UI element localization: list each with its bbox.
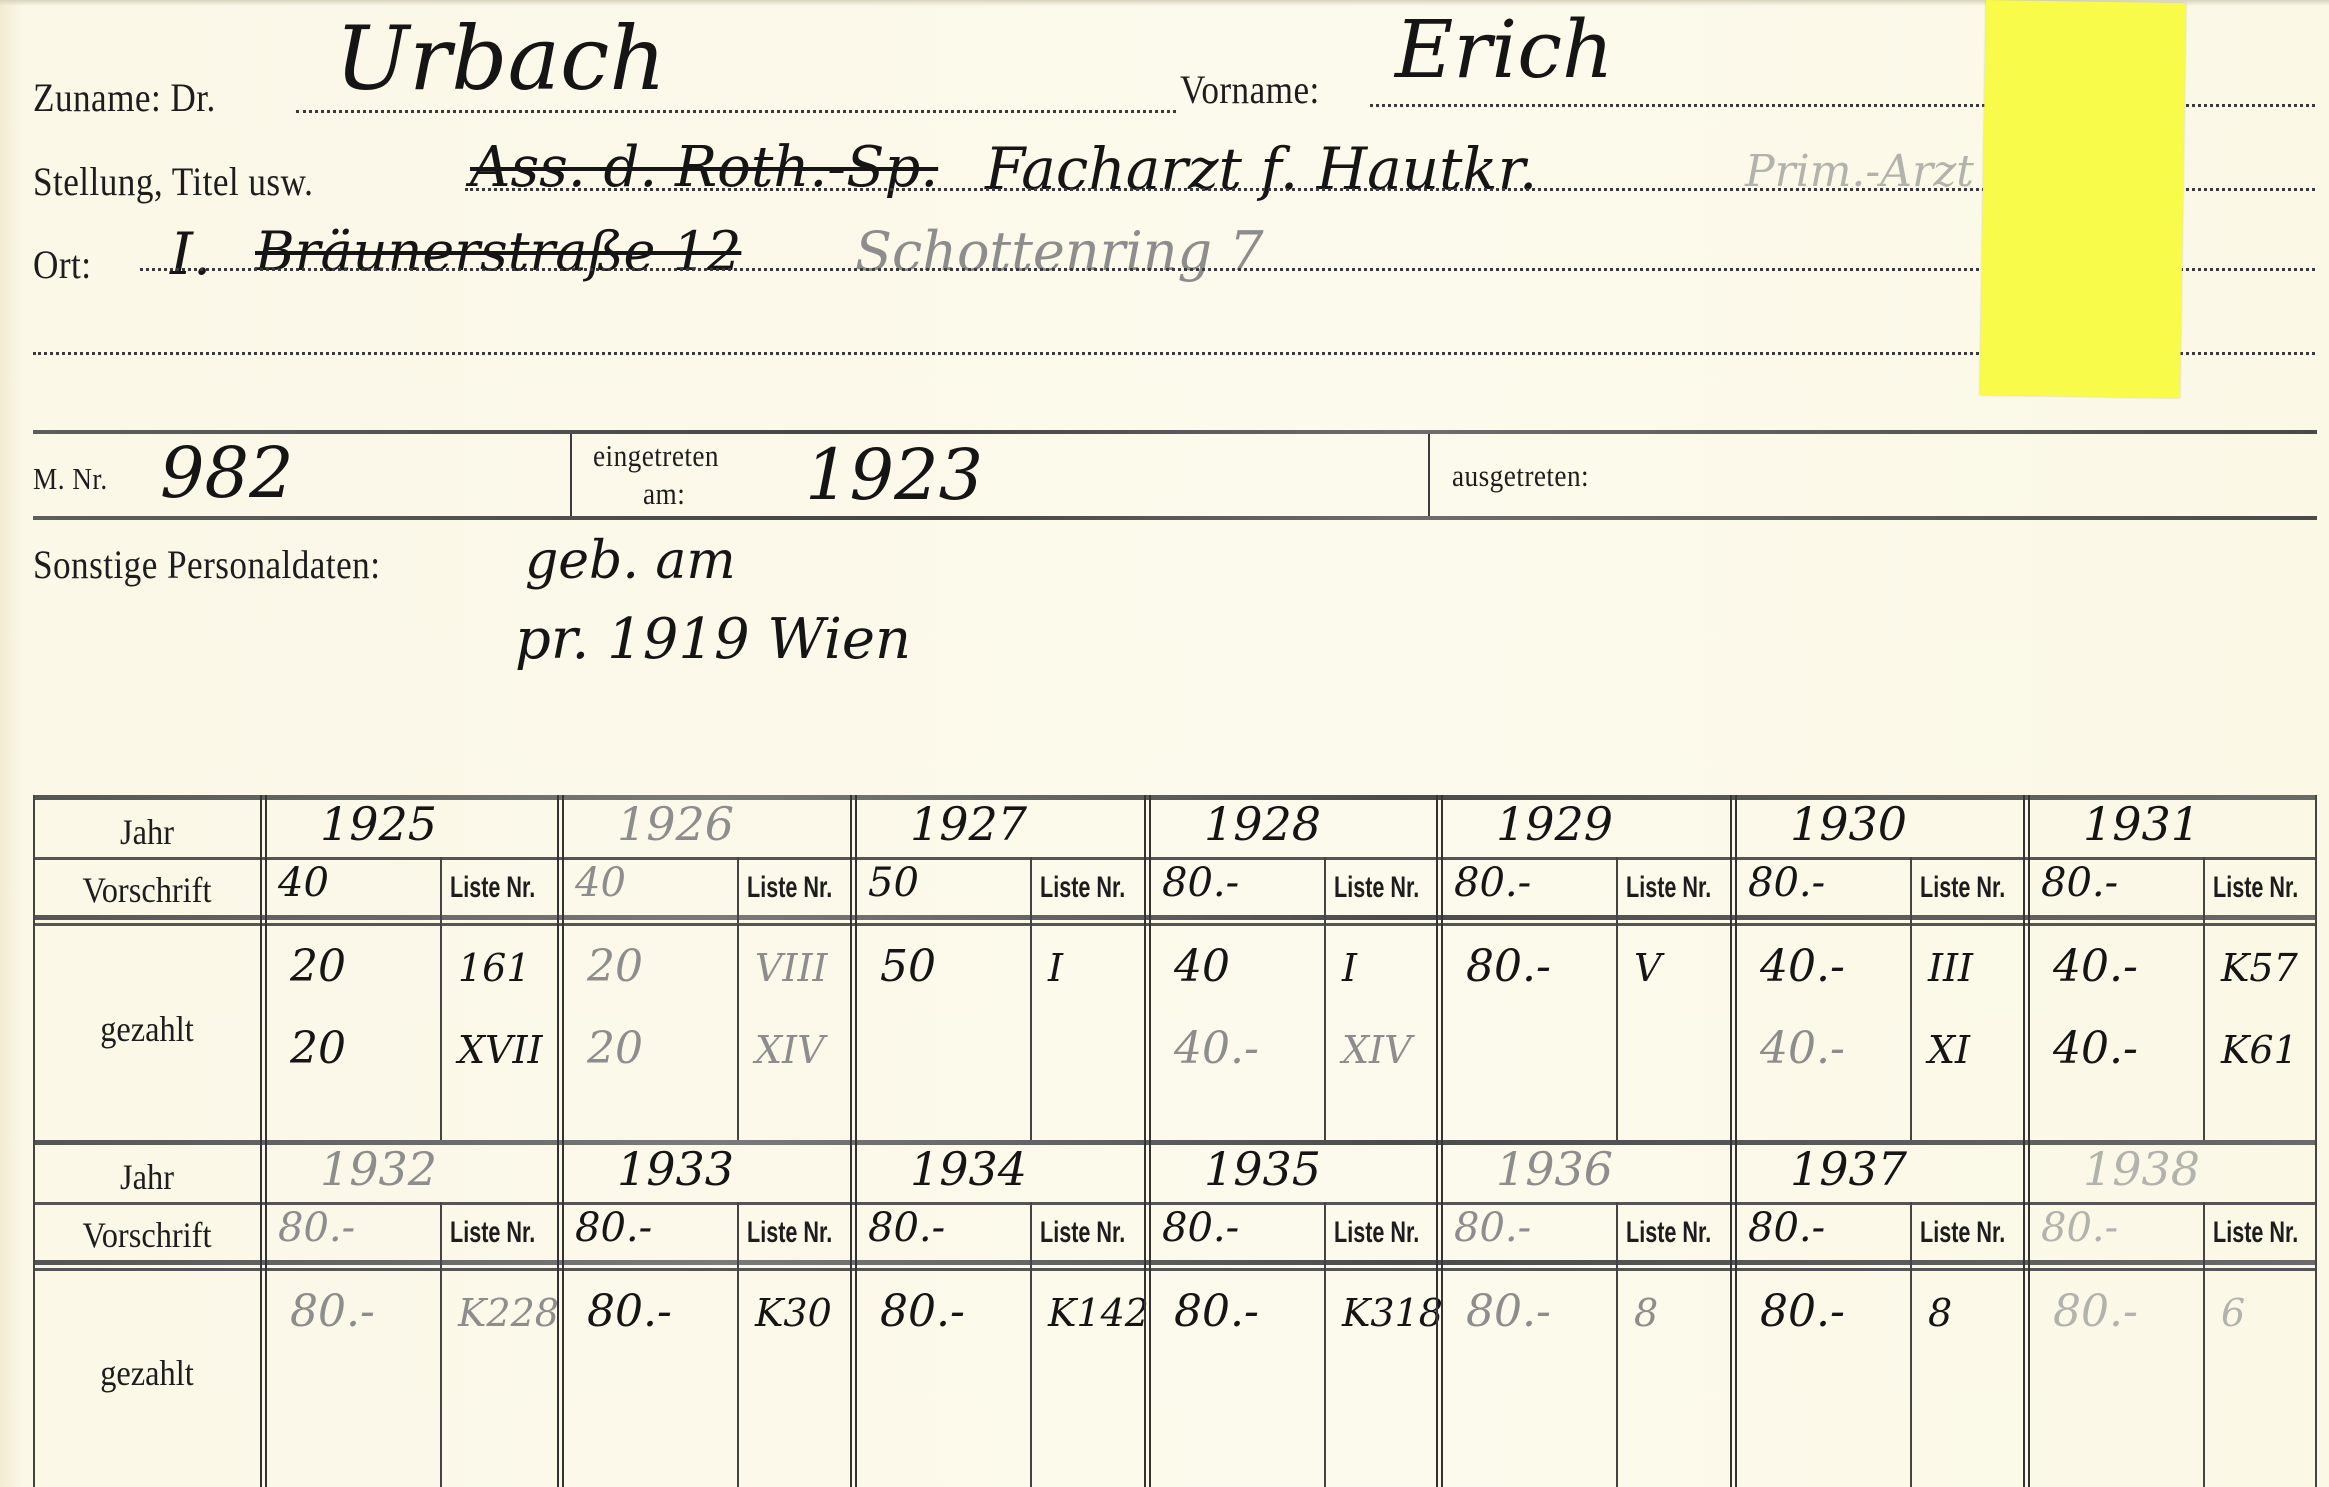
liste-column-divider [1910,857,1912,1145]
year-column-divider [1730,795,1737,1145]
liste-nr-label: Liste Nr. [1334,1216,1419,1250]
liste-column-divider [1616,1202,1618,1487]
vorschrift-label: Vorschrift [44,1214,249,1256]
liste-nr-label: Liste Nr. [2213,871,2298,905]
membership-index-card: Zuname: Dr. Urbach Vorname: Erich Stellu… [0,0,2329,1487]
year-cell: 1928 [1204,801,1321,847]
personal-data-line1: geb. am [525,535,736,587]
liste-nr-value: V [1634,949,1661,987]
year-cell: 1937 [1790,1146,1907,1192]
liste-nr-value: 8 [1634,1294,1658,1332]
table-right-border [2315,795,2317,1145]
vorschrift-cell: 40 [575,863,626,903]
personal-data-line2: pr. 1919 Wien [515,612,911,668]
liste-nr-value: K57 [2221,949,2298,987]
liste-nr-value: I [1342,949,1357,987]
gezahlt-label: gezahlt [44,1008,249,1050]
ort-prefix: I. [170,225,211,283]
liste-nr-value: K318 [1342,1294,1443,1332]
vorschrift-row-rule-2 [33,1268,2317,1271]
yellow-sticky-note [1980,0,2186,398]
zuname-value: Urbach [335,15,666,103]
personal-data-label: Sonstige Personaldaten: [33,545,380,585]
jahr-label: Jahr [44,811,249,853]
liste-nr-label: Liste Nr. [1626,871,1711,905]
vorschrift-cell: 80.- [2041,863,2118,903]
liste-nr-value: K30 [755,1294,832,1332]
vorschrift-row-rule [33,915,2317,920]
zuname-dotted-line [296,110,1176,113]
year-cell: 1925 [320,801,437,847]
gezahlt-label: gezahlt [44,1352,249,1394]
vorschrift-cell: 50 [868,863,919,903]
zuname-label: Zuname: Dr. [33,78,216,118]
vorschrift-cell: 80.- [1454,863,1531,903]
vorschrift-cell: 80.- [575,1208,652,1248]
year-column-divider [850,795,857,1145]
paid-amount: 20 [290,945,346,989]
eingetreten-label: eingetreten [593,440,719,471]
liste-nr-value: 6 [2221,1294,2245,1332]
liste-nr-value: K228 [458,1294,559,1332]
liste-nr-value: K61 [2221,1031,2298,1069]
liste-nr-value: XIV [755,1031,825,1069]
table-left-border [33,1140,35,1487]
paid-amount: 80.- [1466,945,1551,989]
year-cell: 1931 [2083,801,2200,847]
year-column-divider [2023,795,2030,1145]
ausgetreten-label: ausgetreten: [1452,460,1589,491]
year-cell: 1935 [1204,1146,1321,1192]
year-column-divider [2023,1140,2030,1487]
liste-nr-value: XI [1928,1031,1970,1069]
year-cell: 1930 [1790,801,1907,847]
liste-column-divider [1616,857,1618,1145]
year-cell: 1934 [910,1146,1027,1192]
paid-amount: 80.- [290,1290,375,1334]
membership-top-rule [33,430,2317,434]
liste-column-divider [1910,1202,1912,1487]
jahr-label: Jahr [44,1156,249,1198]
eingetreten-value: 1923 [805,440,983,510]
liste-column-divider [737,857,739,1145]
year-cell: 1927 [910,801,1027,847]
paid-amount: 40.- [1760,1027,1845,1071]
membership-divider-2 [1428,434,1430,516]
paid-amount: 40.- [1760,945,1845,989]
liste-nr-value: K142 [1048,1294,1149,1332]
paid-amount: 80.- [1466,1290,1551,1334]
year-cell: 1926 [617,801,734,847]
vorschrift-cell: 80.- [1454,1208,1531,1248]
mnr-value: 982 [160,438,294,508]
vorschrift-cell: 80.- [1748,1208,1825,1248]
payments-table-lower: JahrVorschriftgezahlt193280.-Liste Nr.80… [33,1140,2317,1487]
liste-nr-label: Liste Nr. [747,1216,832,1250]
paid-amount: 20 [587,945,643,989]
liste-column-divider [1030,1202,1032,1487]
paid-amount: 80.- [1174,1290,1259,1334]
liste-nr-value: VIII [755,949,827,987]
year-column-divider [850,1140,857,1487]
table-left-border [33,795,35,1145]
mnr-label: M. Nr. [33,463,108,494]
liste-nr-label: Liste Nr. [450,1216,535,1250]
vorschrift-cell: 80.- [2041,1208,2118,1248]
year-column-divider [1436,1140,1443,1487]
liste-column-divider [737,1202,739,1487]
liste-column-divider [440,1202,442,1487]
card-top-edge [0,0,2329,6]
payments-table-upper: JahrVorschriftgezahlt192540Liste Nr.2020… [33,795,2317,1145]
vorschrift-cell: 80.- [1748,863,1825,903]
blank-dotted-line [33,352,2315,355]
vorname-label: Vorname: [1180,70,1320,110]
paid-amount: 50 [880,945,936,989]
paid-amount: 40.- [1174,1027,1259,1071]
year-cell: 1936 [1496,1146,1613,1192]
liste-nr-label: Liste Nr. [450,871,535,905]
liste-nr-label: Liste Nr. [1334,871,1419,905]
vorschrift-label: Vorschrift [44,869,249,911]
vorschrift-cell: 80.- [278,1208,355,1248]
liste-nr-label: Liste Nr. [2213,1216,2298,1250]
paid-amount: 40 [1174,945,1230,989]
membership-bottom-rule [33,516,2317,520]
year-cell: 1933 [617,1146,734,1192]
paid-amount: 80.- [587,1290,672,1334]
ort-label: Ort: [33,245,91,285]
stellung-label: Stellung, Titel usw. [33,162,313,202]
year-cell: 1932 [320,1146,437,1192]
eingetreten-am-label: am: [643,478,685,509]
year-cell: 1929 [1496,801,1613,847]
liste-nr-value: 8 [1928,1294,1952,1332]
vorschrift-cell: 80.- [868,1208,945,1248]
liste-nr-value: I [1048,949,1063,987]
liste-column-divider [440,857,442,1145]
year-column-divider [260,795,267,1145]
liste-nr-label: Liste Nr. [1040,1216,1125,1250]
liste-nr-value: XIV [1342,1031,1412,1069]
year-column-divider [1730,1140,1737,1487]
vorschrift-cell: 40 [278,863,329,903]
liste-column-divider [2203,857,2205,1145]
liste-nr-label: Liste Nr. [1040,871,1125,905]
liste-nr-value: 161 [458,949,531,987]
paid-amount: 20 [587,1027,643,1071]
liste-nr-label: Liste Nr. [1626,1216,1711,1250]
paid-amount: 80.- [1760,1290,1845,1334]
liste-column-divider [1324,857,1326,1145]
year-column-divider [557,795,564,1145]
liste-nr-label: Liste Nr. [1920,871,2005,905]
table-right-border [2315,1140,2317,1487]
vorschrift-cell: 80.- [1162,1208,1239,1248]
liste-nr-label: Liste Nr. [747,871,832,905]
liste-nr-value: III [1928,949,1973,987]
year-cell: 1938 [2083,1146,2200,1192]
year-column-divider [1436,795,1443,1145]
liste-nr-label: Liste Nr. [1920,1216,2005,1250]
liste-column-divider [2203,1202,2205,1487]
paid-amount: 40.- [2053,945,2138,989]
paid-amount: 80.- [880,1290,965,1334]
vorschrift-row-rule [33,1260,2317,1265]
paid-amount: 20 [290,1027,346,1071]
membership-divider-1 [570,434,572,516]
vorschrift-cell: 80.- [1162,863,1239,903]
paid-amount: 80.- [2053,1290,2138,1334]
year-column-divider [1144,795,1151,1145]
year-column-divider [260,1140,267,1487]
vorschrift-row-rule-2 [33,923,2317,926]
liste-column-divider [1030,857,1032,1145]
liste-nr-value: XVII [458,1031,543,1069]
paid-amount: 40.- [2053,1027,2138,1071]
liste-column-divider [1324,1202,1326,1487]
vorname-value: Erich [1395,10,1614,90]
year-column-divider [1144,1140,1151,1487]
year-column-divider [557,1140,564,1487]
